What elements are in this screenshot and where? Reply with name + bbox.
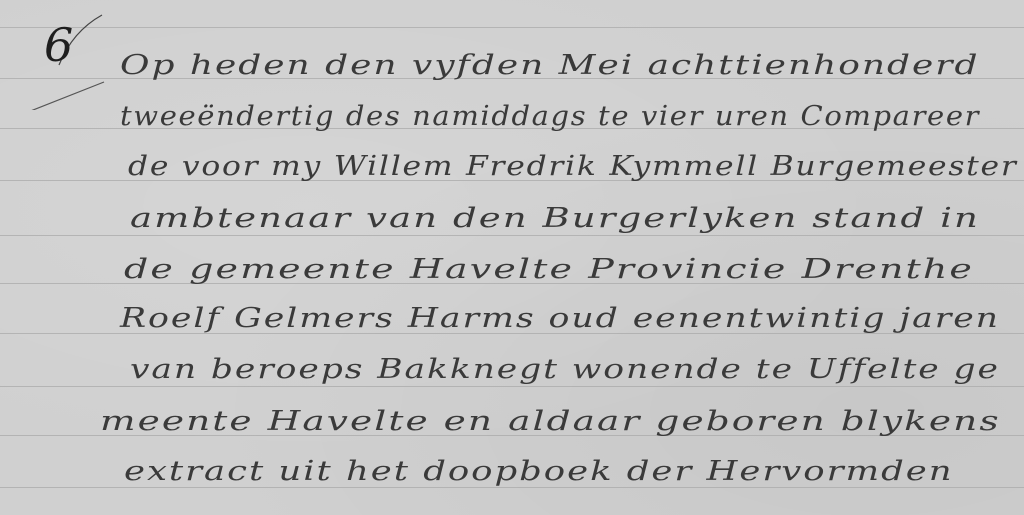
text-line-9: extract uit het doopboek der Hervormden — [124, 458, 954, 485]
document-page: 6 Op heden den vyfden Mei achttienhonder… — [0, 0, 1024, 515]
text-line-7: van beroeps Bakknegt wonende te Uffelte … — [130, 356, 1000, 383]
text-line-2: tweeëndertig des namiddags te vier uren … — [120, 103, 980, 130]
text-line-5: de gemeente Havelte Provincie Drenthe — [124, 256, 974, 283]
entry-number: 6 — [44, 22, 73, 68]
text-line-3: de voor my Willem Fredrik Kymmell Burgem… — [128, 153, 1018, 180]
text-line-1: Op heden den vyfden Mei achttienhonderd — [120, 52, 979, 79]
text-line-4: ambtenaar van den Burgerlyken stand in — [130, 205, 980, 232]
text-line-8: meente Havelte en aldaar geboren blykens — [100, 408, 1001, 435]
ruled-line — [0, 487, 1024, 488]
ruled-line — [0, 27, 1024, 28]
ruled-line — [0, 235, 1024, 236]
ruled-line — [0, 386, 1024, 387]
text-line-6: Roelf Gelmers Harms oud eenentwintig jar… — [120, 305, 1000, 332]
